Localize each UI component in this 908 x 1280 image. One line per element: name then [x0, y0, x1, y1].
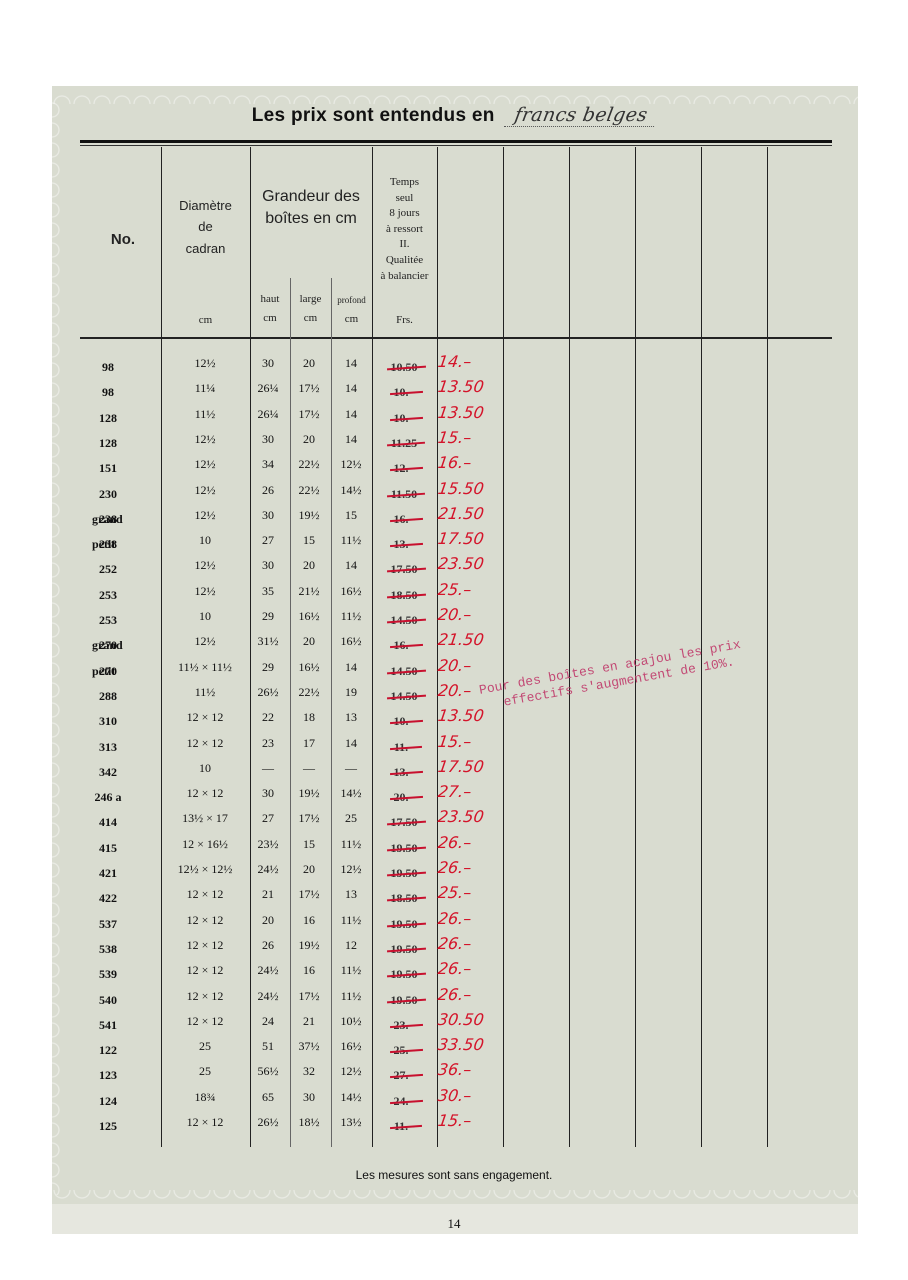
box-depth: 12½	[330, 457, 372, 472]
old-price-struck: 12.–	[372, 457, 436, 472]
new-price-handwritten: 20.–	[435, 605, 506, 624]
header-diameter: Diamètre de cadran	[161, 195, 250, 259]
old-price-struck: 27.–	[372, 1064, 436, 1079]
old-price-struck: 19.50	[372, 913, 436, 928]
new-price-handwritten: 13.50	[435, 403, 506, 422]
table-row: 270 grand12½31½2016½16.–21.50	[0, 630, 908, 655]
header-diameter-unit: cm	[161, 314, 250, 328]
dial-diameter: 12 × 12	[160, 887, 250, 902]
box-width: 20	[288, 432, 330, 447]
box-height: 26½	[248, 685, 288, 700]
dial-diameter: 11½	[160, 407, 250, 422]
box-height: 24½	[248, 989, 288, 1004]
new-price-handwritten: 26.–	[435, 858, 506, 877]
dial-diameter: 25	[160, 1064, 250, 1079]
header-price: Temps seul 8 jours à ressort II. Qualité…	[372, 175, 437, 284]
new-price-handwritten: 25.–	[435, 883, 506, 902]
dial-diameter: 13½ × 17	[160, 811, 250, 826]
box-height: 26¼	[248, 381, 288, 396]
header-profond: profond cm	[331, 295, 372, 327]
box-depth: 11½	[330, 913, 372, 928]
box-depth: 11½	[330, 533, 372, 548]
old-price-struck: 11.–	[372, 736, 436, 751]
box-width: 20	[288, 356, 330, 371]
table-row: 128 11½26¼17½1410.–13.50	[0, 403, 908, 428]
table-row: 313 12 × 1223171411.–15.–	[0, 732, 908, 757]
new-price-handwritten: 23.50	[435, 807, 506, 826]
box-depth: 16½	[330, 584, 372, 599]
box-width: 16½	[288, 609, 330, 624]
table-row: 537 12 × 12201611½19.5026.–	[0, 909, 908, 934]
box-depth: 10½	[330, 1014, 372, 1029]
old-price-struck: 10.–	[372, 710, 436, 725]
box-width: —	[288, 761, 330, 776]
box-width: 17½	[288, 887, 330, 902]
dial-diameter: 12 × 16½	[160, 837, 250, 852]
box-width: 30	[288, 1090, 330, 1105]
box-height: 26	[248, 483, 288, 498]
box-height: 30	[248, 508, 288, 523]
box-width: 22½	[288, 685, 330, 700]
currency-handwritten: francs belges	[504, 104, 658, 127]
table-row: 98 11¼26¼17½1410.–13.50	[0, 377, 908, 402]
table-row: 253 12½3521½16½18.5025.–	[0, 580, 908, 605]
dial-diameter: 12 × 12	[160, 1115, 250, 1130]
old-price-struck: 14.50	[372, 609, 436, 624]
dial-diameter: 11½	[160, 685, 250, 700]
box-width: 37½	[288, 1039, 330, 1054]
box-height: 35	[248, 584, 288, 599]
box-height: 31½	[248, 634, 288, 649]
new-price-handwritten: 26.–	[435, 909, 506, 928]
box-depth: 14½	[330, 786, 372, 801]
header-no: No.	[85, 231, 161, 250]
old-price-struck: 19.50	[372, 837, 436, 852]
box-height: 26½	[248, 1115, 288, 1130]
new-price-handwritten: 23.50	[435, 554, 506, 573]
dial-diameter: 12 × 12	[160, 989, 250, 1004]
box-depth: 14½	[330, 1090, 372, 1105]
old-price-struck: 17.50	[372, 558, 436, 573]
table-row: 539 12 × 1224½1611½19.5026.–	[0, 959, 908, 984]
box-depth: 16½	[330, 634, 372, 649]
box-depth: 11½	[330, 837, 372, 852]
box-height: 20	[248, 913, 288, 928]
table-row: 310 12 × 1222181310.–13.50	[0, 706, 908, 731]
dial-diameter: 12 × 12	[160, 963, 250, 978]
box-width: 15	[288, 837, 330, 852]
old-price-struck: 18.50	[372, 887, 436, 902]
table-row: 541 12 × 12242110½23.–30.50	[0, 1010, 908, 1035]
new-price-handwritten: 17.50	[435, 529, 506, 548]
decorative-border-top	[52, 86, 858, 104]
dial-diameter: 11¼	[160, 381, 250, 396]
dial-diameter: 12½	[160, 457, 250, 472]
old-price-struck: 19.50	[372, 938, 436, 953]
box-height: 26¼	[248, 407, 288, 422]
title-prefix: Les prix sont entendus en	[252, 105, 495, 126]
box-height: 27	[248, 811, 288, 826]
dial-diameter: 12½	[160, 432, 250, 447]
box-depth: 12	[330, 938, 372, 953]
box-height: 29	[248, 660, 288, 675]
table-row: 124 18¾653014½24.–30.–	[0, 1086, 908, 1111]
old-price-struck: 10.–	[372, 407, 436, 422]
box-height: 24½	[248, 862, 288, 877]
box-height: 65	[248, 1090, 288, 1105]
dial-diameter: 12½	[160, 483, 250, 498]
header-haut: haut cm	[250, 293, 290, 326]
new-price-handwritten: 21.50	[435, 504, 506, 523]
box-width: 18	[288, 710, 330, 725]
box-depth: 13	[330, 710, 372, 725]
header-box-size: Grandeur des boîtes en cm	[250, 186, 372, 231]
old-price-struck: 19.50	[372, 989, 436, 1004]
table-row: 342 10———13.–17.50	[0, 757, 908, 782]
box-height: 29	[248, 609, 288, 624]
box-depth: 15	[330, 508, 372, 523]
dial-diameter: 12 × 12	[160, 1014, 250, 1029]
box-depth: 14	[330, 356, 372, 371]
box-height: 23	[248, 736, 288, 751]
footer-note: Les mesures sont sans engagement.	[0, 1168, 908, 1182]
box-width: 17½	[288, 811, 330, 826]
dial-diameter: 12½ × 12½	[160, 862, 250, 877]
box-depth: 14	[330, 736, 372, 751]
new-price-handwritten: 26.–	[435, 833, 506, 852]
box-width: 20	[288, 558, 330, 573]
box-height: 26	[248, 938, 288, 953]
box-width: 17½	[288, 989, 330, 1004]
box-height: 23½	[248, 837, 288, 852]
new-price-handwritten: 15.50	[435, 479, 506, 498]
dial-diameter: 12 × 12	[160, 913, 250, 928]
new-price-handwritten: 20.–	[435, 656, 506, 675]
box-depth: 14	[330, 407, 372, 422]
table-row: 125 12 × 1226½18½13½11.–15.–	[0, 1111, 908, 1136]
box-depth: 11½	[330, 609, 372, 624]
table-row: 415 12 × 16½23½1511½19.5026.–	[0, 833, 908, 858]
box-depth: 11½	[330, 989, 372, 1004]
dial-diameter: 12½	[160, 508, 250, 523]
new-price-handwritten: 15.–	[435, 428, 506, 447]
old-price-struck: 14.50	[372, 660, 436, 675]
box-depth: —	[330, 761, 372, 776]
new-price-handwritten: 26.–	[435, 934, 506, 953]
old-price-struck: 17.50	[372, 811, 436, 826]
box-width: 16½	[288, 660, 330, 675]
new-price-handwritten: 13.50	[435, 377, 506, 396]
table-row: 123 2556½3212½27.–36.–	[0, 1060, 908, 1085]
box-width: 16	[288, 963, 330, 978]
box-depth: 13½	[330, 1115, 372, 1130]
box-height: 21	[248, 887, 288, 902]
box-height: 27	[248, 533, 288, 548]
dial-diameter: 10	[160, 609, 250, 624]
old-price-struck: 11.25	[372, 432, 436, 447]
table-row: 230 12½2622½14½11.5015.50	[0, 479, 908, 504]
old-price-struck: 25.–	[372, 1039, 436, 1054]
old-price-struck: 13.–	[372, 761, 436, 776]
new-price-handwritten: 30.–	[435, 1086, 506, 1105]
new-price-handwritten: 26.–	[435, 959, 506, 978]
box-width: 17½	[288, 407, 330, 422]
header-rule	[80, 140, 832, 143]
page-title: Les prix sont entendus en francs belges	[0, 104, 908, 127]
box-width: 19½	[288, 938, 330, 953]
old-price-struck: 20.–	[372, 786, 436, 801]
table-row: 151 12½3422½12½12.–16.–	[0, 453, 908, 478]
box-height: 22	[248, 710, 288, 725]
table-row: 538 12 × 122619½1219.5026.–	[0, 934, 908, 959]
table-row: 421 12½ × 12½24½2012½19.5026.–	[0, 858, 908, 883]
new-price-handwritten: 26.–	[435, 985, 506, 1004]
table-row: 422 12 × 122117½1318.5025.–	[0, 883, 908, 908]
decorative-border-bottom	[52, 1190, 858, 1206]
box-width: 21½	[288, 584, 330, 599]
box-height: 30	[248, 786, 288, 801]
box-width: 19½	[288, 508, 330, 523]
dial-diameter: 12 × 12	[160, 786, 250, 801]
table-row: 414 13½ × 172717½2517.5023.50	[0, 807, 908, 832]
box-height: 30	[248, 558, 288, 573]
box-height: 24½	[248, 963, 288, 978]
box-height: 30	[248, 432, 288, 447]
old-price-struck: 18.50	[372, 584, 436, 599]
old-price-struck: 13.–	[372, 533, 436, 548]
old-price-struck: 11.50	[372, 483, 436, 498]
new-price-handwritten: 15.–	[435, 732, 506, 751]
box-width: 21	[288, 1014, 330, 1029]
dial-diameter: 12½	[160, 356, 250, 371]
header-rule-thin	[80, 145, 832, 146]
box-width: 32	[288, 1064, 330, 1079]
box-width: 17	[288, 736, 330, 751]
box-height: 34	[248, 457, 288, 472]
old-price-struck: 23.–	[372, 1014, 436, 1029]
box-height: 51	[248, 1039, 288, 1054]
new-price-handwritten: 14.–	[435, 352, 506, 371]
dial-diameter: 18¾	[160, 1090, 250, 1105]
new-price-handwritten: 21.50	[435, 630, 506, 649]
box-depth: 14	[330, 432, 372, 447]
box-depth: 14½	[330, 483, 372, 498]
dial-diameter: 12 × 12	[160, 710, 250, 725]
old-price-struck: 24.–	[372, 1090, 436, 1105]
box-width: 19½	[288, 786, 330, 801]
dial-diameter: 11½ × 11½	[160, 660, 250, 675]
new-price-handwritten: 25.–	[435, 580, 506, 599]
table-row: 122 255137½16½25.–33.50	[0, 1035, 908, 1060]
new-price-handwritten: 17.50	[435, 757, 506, 776]
page-number: 14	[0, 1216, 908, 1232]
old-price-struck: 10.–	[372, 381, 436, 396]
box-depth: 14	[330, 558, 372, 573]
box-width: 20	[288, 862, 330, 877]
box-width: 22½	[288, 457, 330, 472]
new-price-handwritten: 36.–	[435, 1060, 506, 1079]
box-height: 56½	[248, 1064, 288, 1079]
header-large: large cm	[290, 293, 331, 326]
dial-diameter: 12½	[160, 584, 250, 599]
table-row: 238 grand12½3019½1516.–21.50	[0, 504, 908, 529]
header-price-unit: Frs.	[372, 314, 437, 328]
dial-diameter: 10	[160, 761, 250, 776]
table-row: 253 102916½11½14.5020.–	[0, 605, 908, 630]
dial-diameter: 12 × 12	[160, 736, 250, 751]
box-width: 22½	[288, 483, 330, 498]
box-width: 18½	[288, 1115, 330, 1130]
table-row: 540 12 × 1224½17½11½19.5026.–	[0, 985, 908, 1010]
old-price-struck: 19.50	[372, 963, 436, 978]
old-price-struck: 14.50	[372, 685, 436, 700]
dial-diameter: 12½	[160, 634, 250, 649]
old-price-struck: 16.–	[372, 634, 436, 649]
box-height: 24	[248, 1014, 288, 1029]
dial-diameter: 12 × 12	[160, 938, 250, 953]
box-height: 30	[248, 356, 288, 371]
table-row: 252 12½30201417.5023.50	[0, 554, 908, 579]
table-row: 128 12½30201411.2515.–	[0, 428, 908, 453]
box-depth: 16½	[330, 1039, 372, 1054]
new-price-handwritten: 15.–	[435, 1111, 506, 1130]
old-price-struck: 10.50	[372, 356, 436, 371]
box-width: 20	[288, 634, 330, 649]
new-price-handwritten: 16.–	[435, 453, 506, 472]
box-depth: 14	[330, 381, 372, 396]
old-price-struck: 11.–	[372, 1115, 436, 1130]
table-row: 238 petit10271511½13.–17.50	[0, 529, 908, 554]
dial-diameter: 25	[160, 1039, 250, 1054]
box-depth: 19	[330, 685, 372, 700]
new-price-handwritten: 27.–	[435, 782, 506, 801]
new-price-handwritten: 30.50	[435, 1010, 506, 1029]
box-depth: 12½	[330, 1064, 372, 1079]
table-row: 98 12½30201410.5014.–	[0, 352, 908, 377]
box-depth: 14	[330, 660, 372, 675]
box-width: 15	[288, 533, 330, 548]
old-price-struck: 16.–	[372, 508, 436, 523]
dial-diameter: 12½	[160, 558, 250, 573]
box-width: 16	[288, 913, 330, 928]
column-header-rule	[80, 337, 832, 339]
table-row: 288 11½26½22½1914.5020.–	[0, 681, 908, 706]
box-depth: 11½	[330, 963, 372, 978]
new-price-handwritten: 33.50	[435, 1035, 506, 1054]
box-depth: 13	[330, 887, 372, 902]
dial-diameter: 10	[160, 533, 250, 548]
table-row: 246 a 12 × 123019½14½20.–27.–	[0, 782, 908, 807]
box-depth: 25	[330, 811, 372, 826]
table-row: 270 petit11½ × 11½2916½1414.5020.–	[0, 656, 908, 681]
old-price-struck: 19.50	[372, 862, 436, 877]
box-height: —	[248, 761, 288, 776]
box-depth: 12½	[330, 862, 372, 877]
box-width: 17½	[288, 381, 330, 396]
